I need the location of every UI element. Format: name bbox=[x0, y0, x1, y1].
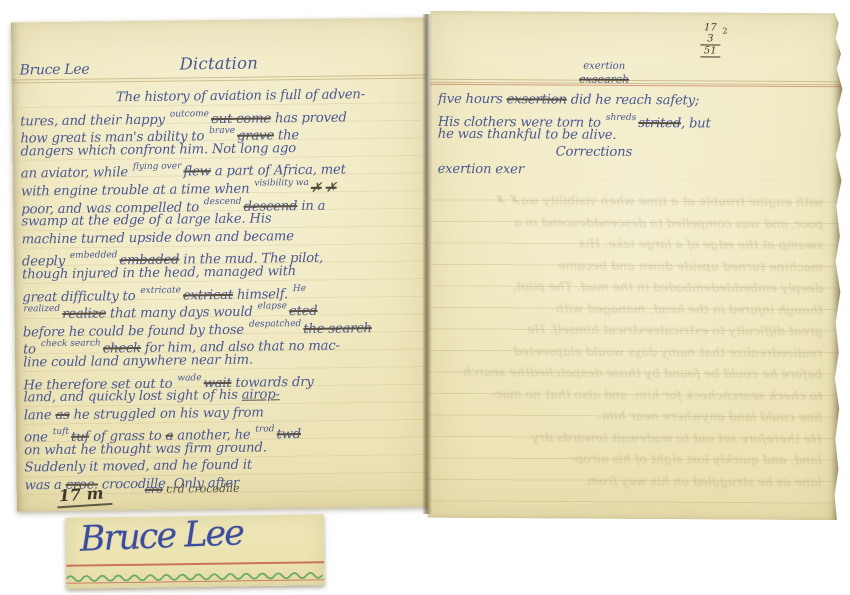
date-day: 17 bbox=[704, 22, 717, 33]
struck-word: ✗ bbox=[326, 181, 337, 196]
handwriting-text: he was thankful to be alive. bbox=[438, 127, 617, 143]
ghost-line: swamp at the edge of a large lake. His bbox=[435, 232, 823, 256]
struck-word: as bbox=[55, 408, 69, 423]
ghost-line: machine turned upside down and became bbox=[435, 253, 823, 277]
student-name: Bruce Lee bbox=[20, 62, 90, 79]
strip-green-wavy-line bbox=[66, 565, 324, 581]
ghost-line: lane as he struggled on his way from bbox=[434, 468, 822, 492]
header-rule bbox=[430, 79, 844, 87]
inserted-word: despatched bbox=[249, 319, 301, 330]
show-through-text: with engine trouble at a time when visib… bbox=[433, 189, 823, 514]
ghost-line: deeply embeddedembaded in the mud. The p… bbox=[435, 275, 823, 299]
date-month: 3 bbox=[700, 33, 720, 45]
right-page: 17 3 51 2 exertion exsearch five hours e… bbox=[427, 11, 844, 521]
handwriting-text: though injured in the head, managed with bbox=[22, 264, 296, 282]
handwriting-text: crd crocodile bbox=[163, 482, 240, 496]
inserted-word: trod bbox=[255, 425, 274, 435]
ghost-line: though injured in the head, managed with bbox=[435, 296, 823, 320]
corrections-line: exertion exer bbox=[438, 160, 839, 180]
inserted-word: outcome bbox=[170, 109, 209, 119]
left-page: Bruce Lee Dictation The history of aviat… bbox=[11, 17, 431, 511]
inserted-word: He bbox=[293, 283, 306, 293]
struck-word: twd bbox=[276, 427, 301, 442]
handwriting-text: land, and quickly lost sight of his bbox=[24, 388, 242, 406]
date-year: 51 bbox=[700, 45, 720, 57]
ghost-line: line could land anywhere near him. bbox=[434, 404, 822, 428]
inserted-word: brave bbox=[209, 126, 235, 136]
ghost-line: with engine trouble at a time when visib… bbox=[435, 189, 823, 213]
signature-strip: Bruce Lee bbox=[66, 514, 325, 589]
handwriting-text: dangers which confront him. Not long ago bbox=[21, 141, 297, 159]
inserted-word: exertion bbox=[583, 61, 625, 72]
handwriting-text: The history of aviation is full of adven… bbox=[116, 87, 365, 105]
handwriting-text: in a bbox=[297, 198, 325, 213]
page-fold-shadow bbox=[422, 14, 432, 514]
handwriting-text: five hours bbox=[438, 92, 507, 107]
inserted-word: check search bbox=[41, 339, 101, 350]
inserted-word: embedded bbox=[70, 251, 118, 262]
ghost-line: great difficulty to extricateextricat hi… bbox=[435, 318, 823, 342]
inserted-word: shreds bbox=[606, 112, 636, 122]
teacher-correction: cro crd crocodile bbox=[145, 482, 240, 496]
inserted-word: realized bbox=[23, 304, 60, 314]
handwriting-text: did he reach safety; bbox=[567, 93, 699, 109]
ghost-line: before he could be found by those despat… bbox=[434, 361, 822, 385]
inserted-word: tuft bbox=[53, 427, 69, 437]
date-superscript: 2 bbox=[722, 27, 727, 36]
struck-word: exsertion bbox=[507, 92, 567, 107]
teacher-grade-mark: 17 m bbox=[56, 483, 112, 508]
inserted-word: elapse bbox=[258, 301, 287, 311]
handwriting-text: he struggled on his way from bbox=[70, 405, 264, 422]
handwriting-text: line could land anywhere near him. bbox=[23, 353, 253, 371]
ghost-line: realizedrealize that many days would ela… bbox=[434, 339, 822, 363]
ghost-line: to check searchcheck for him, and also t… bbox=[434, 382, 822, 406]
scanned-document-photo: { "colors":{ "ink_blue":"#4a5792", "penc… bbox=[0, 0, 850, 595]
bruce-lee-signature: Bruce Lee bbox=[79, 513, 244, 560]
handwriting-text: swamp at the edge of a large lake. His bbox=[21, 212, 271, 230]
inserted-word: wade bbox=[177, 373, 201, 383]
inserted-word: extricate bbox=[140, 285, 181, 295]
handwriting-text: , but bbox=[681, 116, 711, 131]
ghost-line: land, and quickly lost sight of his airo… bbox=[434, 447, 822, 471]
inserted-word: descend bbox=[204, 196, 242, 206]
handwriting-text: Suddenly it moved, and he found it bbox=[24, 458, 252, 476]
struck-word: strited bbox=[638, 116, 681, 131]
page-title: Dictation bbox=[179, 54, 258, 74]
dictation-text: The history of aviation is full of adven… bbox=[20, 86, 426, 497]
handwriting-text: lane bbox=[24, 408, 56, 423]
date-mark: 17 3 51 bbox=[700, 22, 720, 57]
inserted-word: visibility wa bbox=[254, 178, 309, 189]
struck-word: cro bbox=[145, 483, 163, 496]
handwriting-text: machine turned upside down and became bbox=[22, 229, 294, 247]
ghost-line: poor, and was compelled to descenddescen… bbox=[435, 210, 823, 234]
handwritten-line: five hours exsertion did he reach safety… bbox=[438, 91, 839, 111]
inserted-word: flying over bbox=[133, 162, 182, 173]
handwriting-text: on what he thought was firm ground. bbox=[24, 440, 267, 458]
handwriting-text: airop- bbox=[242, 387, 280, 402]
ghost-line: He therefore set out to wadewait towards… bbox=[434, 425, 822, 449]
